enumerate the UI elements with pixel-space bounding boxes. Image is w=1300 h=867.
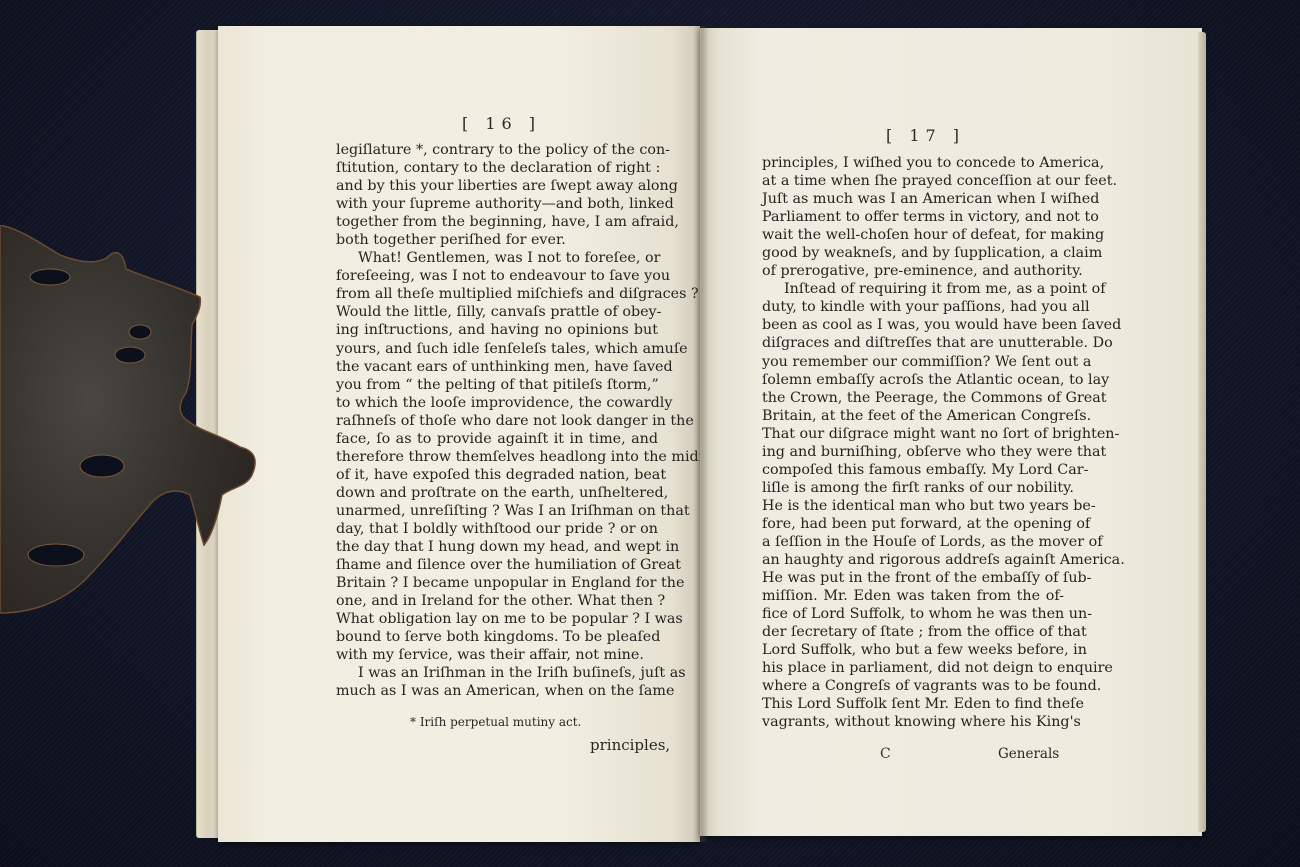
text-line: diſgraces and diſtreſſes that are unutte…: [762, 334, 1064, 352]
text-line: the Crown, the Peerage, the Commons of G…: [762, 389, 1064, 407]
text-line: principles, I wiſhed you to concede to A…: [762, 154, 1064, 172]
text-line: That our diſgrace might want no ſort of …: [762, 425, 1064, 443]
text-line: of it, have expoſed this degraded nation…: [336, 466, 658, 484]
text-line: legiſlature *, contrary to the policy of…: [336, 141, 658, 159]
text-line: face, ſo as to provide againſt it in tim…: [336, 430, 658, 448]
text-line: the vacant ears of unthinking men, have …: [336, 358, 658, 376]
text-line: from all theſe multiplied miſchiefs and …: [336, 285, 658, 303]
page-edges-right: [1198, 32, 1206, 832]
text-line: therefore throw themſelves headlong into…: [336, 448, 658, 466]
text-line: Lord Suffolk, who but a few weeks before…: [762, 641, 1064, 659]
text-line: What obligation lay on me to be popular …: [336, 610, 658, 628]
signature-mark: C: [880, 746, 891, 762]
text-line: together from the beginning, have, I am …: [336, 213, 658, 231]
text-line: at a time when ſhe prayed conceſſion at …: [762, 172, 1064, 190]
text-line: der ſecretary of ſtate ; from the office…: [762, 623, 1064, 641]
text-line: you remember our commiſſion? We ſent out…: [762, 353, 1064, 371]
text-line: This Lord Suffolk ſent Mr. Eden to find …: [762, 695, 1064, 713]
footnote: * Iriſh perpetual mutiny act.: [410, 715, 581, 729]
text-line: ſolemn embaſſy acroſs the Atlantic ocean…: [762, 371, 1064, 389]
text-line: liſle is among the firſt ranks of our no…: [762, 479, 1064, 497]
text-line: unarmed, unreſiſting ? Was I an Iriſhman…: [336, 502, 658, 520]
text-line: vagrants, without knowing where his King…: [762, 713, 1064, 731]
text-line: his place in parliament, did not deign t…: [762, 659, 1064, 677]
text-line: been as cool as I was, you would have be…: [762, 316, 1064, 334]
book-gutter: [693, 26, 709, 842]
text-line: miſſion. Mr. Eden was taken from the of-: [762, 587, 1064, 605]
text-line: with your ſupreme authority—and both, li…: [336, 195, 658, 213]
text-line: with my ſervice, was their affair, not m…: [336, 646, 658, 664]
catchword: principles,: [590, 736, 670, 754]
text-line: the day that I hung down my head, and we…: [336, 538, 658, 556]
page-number: [ 16 ]: [462, 114, 541, 133]
text-line: an haughty and rigorous addreſs againſt …: [762, 551, 1064, 569]
text-line: I was an Iriſhman in the Iriſh buſineſs,…: [336, 664, 658, 682]
text-line: foreſeeing, was I not to endeavour to ſa…: [336, 267, 658, 285]
metal-plaque: [0, 225, 260, 615]
text-line: fice of Lord Suffolk, to whom he was the…: [762, 605, 1064, 623]
text-line: you from “ the pelting of that pitileſs …: [336, 376, 658, 394]
left-page: [ 16 ] legiſlature *, contrary to the po…: [218, 26, 700, 842]
text-line: duty, to kindle with your paſſions, had …: [762, 298, 1064, 316]
text-line: both together periſhed for ever.: [336, 231, 658, 249]
body-text: principles, I wiſhed you to concede to A…: [762, 154, 1064, 732]
right-page: [ 17 ] principles, I wiſhed you to conce…: [700, 28, 1202, 836]
text-line: raſhneſs of thoſe who dare not look dang…: [336, 412, 658, 430]
text-line: where a Congreſs of vagrants was to be f…: [762, 677, 1064, 695]
text-line: Inſtead of requiring it from me, as a po…: [762, 280, 1064, 298]
text-line: Would the little, ſilly, canvaſs prattle…: [336, 303, 658, 321]
text-line: a ſeſſion in the Houſe of Lords, as the …: [762, 533, 1064, 551]
text-line: bound to ſerve both kingdoms. To be plea…: [336, 628, 658, 646]
text-line: ſtitution, contary to the declaration of…: [336, 159, 658, 177]
text-line: wait the well-choſen hour of defeat, for…: [762, 226, 1064, 244]
text-line: yours, and ſuch idle ſenſeleſs tales, wh…: [336, 340, 658, 358]
text-line: down and proſtrate on the earth, unſhelt…: [336, 484, 658, 502]
text-line: ing and burniſhing, obſerve who they wer…: [762, 443, 1064, 461]
page-number: [ 17 ]: [886, 126, 965, 145]
text-line: day, that I boldly withſtood our pride ?…: [336, 520, 658, 538]
text-line: ſhame and ſilence over the humiliation o…: [336, 556, 658, 574]
text-line: He is the identical man who but two year…: [762, 497, 1064, 515]
text-line: What! Gentlemen, was I not to foreſee, o…: [336, 249, 658, 267]
catchword: Generals: [998, 746, 1059, 762]
text-line: of prerogative, pre-eminence, and author…: [762, 262, 1064, 280]
text-line: and by this your liberties are ſwept awa…: [336, 177, 658, 195]
text-line: fore, had been put forward, at the openi…: [762, 515, 1064, 533]
text-line: good by weakneſs, and by ſupplication, a…: [762, 244, 1064, 262]
text-line: one, and in Ireland for the other. What …: [336, 592, 658, 610]
text-line: Britain ? I became unpopular in England …: [336, 574, 658, 592]
text-line: much as I was an American, when on the ſ…: [336, 682, 658, 700]
text-line: ing inſtructions, and having no opinions…: [336, 321, 658, 339]
text-line: He was put in the front of the embaſſy o…: [762, 569, 1064, 587]
text-line: to which the looſe improvidence, the cow…: [336, 394, 658, 412]
body-text: legiſlature *, contrary to the policy of…: [336, 141, 658, 700]
text-line: Parliament to offer terms in victory, an…: [762, 208, 1064, 226]
text-line: compoſed this famous embaſſy. My Lord Ca…: [762, 461, 1064, 479]
text-line: Juſt as much was I an American when I wi…: [762, 190, 1064, 208]
text-line: Britain, at the feet of the American Con…: [762, 407, 1064, 425]
